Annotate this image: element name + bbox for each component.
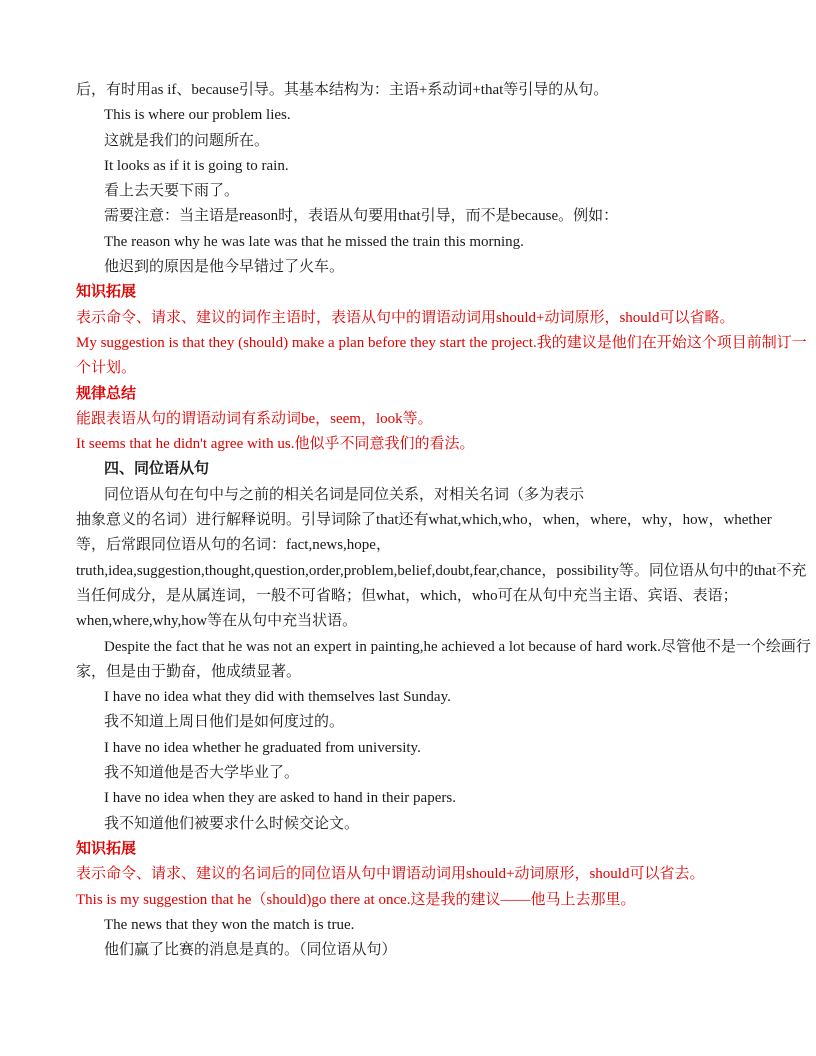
- text-line: This is where our problem lies.: [76, 103, 740, 128]
- text-line: The reason why he was late was that he m…: [76, 230, 740, 255]
- knowledge-expansion-heading-2: 知识拓展: [76, 837, 740, 862]
- text-line: 他迟到的原因是他今早错过了火车。: [76, 255, 740, 280]
- section-four-heading: 四、同位语从句: [76, 457, 740, 482]
- text-line: 看上去天要下雨了。: [76, 179, 740, 204]
- text-line: Despite the fact that he was not an expe…: [76, 635, 740, 660]
- text-line: It seems that he didn't agree with us.他似…: [76, 432, 740, 457]
- rule-summary-heading: 规律总结: [76, 382, 740, 407]
- text-line: My suggestion is that they (should) make…: [76, 331, 740, 356]
- document-body: 后，有时用as if、because引导。其基本结构为：主语+系动词+that等…: [76, 78, 740, 963]
- text-line: 当任何成分，是从属连词，一般不可省略；但what，which，who可在从句中充…: [76, 584, 740, 609]
- text-line: 家，但是由于勤奋，他成绩显著。: [76, 660, 740, 685]
- text-line: 抽象意义的名词）进行解释说明。引导词除了that还有what,which,who…: [76, 508, 740, 533]
- text-line: 他们赢了比赛的消息是真的。（同位语从句）: [76, 938, 740, 963]
- text-line: 后，有时用as if、because引导。其基本结构为：主语+系动词+that等…: [76, 78, 740, 103]
- text-line: 表示命令、请求、建议的名词后的同位语从句中谓语动词用should+动词原形，sh…: [76, 862, 740, 887]
- text-line: truth,idea,suggestion,thought,question,o…: [76, 559, 740, 584]
- knowledge-expansion-heading: 知识拓展: [76, 280, 740, 305]
- text-line: I have no idea when they are asked to ha…: [76, 786, 740, 811]
- text-line: 个计划。: [76, 356, 740, 381]
- text-line: 同位语从句在句中与之前的相关名词是同位关系，对相关名词（多为表示: [76, 483, 740, 508]
- text-line: I have no idea whether he graduated from…: [76, 736, 740, 761]
- text-line: 能跟表语从句的谓语动词有系动词be，seem，look等。: [76, 407, 740, 432]
- text-line: 等，后常跟同位语从句的名词：fact,news,hope，: [76, 533, 740, 558]
- text-line: 我不知道上周日他们是如何度过的。: [76, 710, 740, 735]
- text-line: It looks as if it is going to rain.: [76, 154, 740, 179]
- text-line: This is my suggestion that he（should)go …: [76, 888, 740, 913]
- text-line: 这就是我们的问题所在。: [76, 129, 740, 154]
- text-line: when,where,why,how等在从句中充当状语。: [76, 609, 740, 634]
- text-line: 表示命令、请求、建议的词作主语时，表语从句中的谓语动词用should+动词原形，…: [76, 306, 740, 331]
- document-page: 后，有时用as if、because引导。其基本结构为：主语+系动词+that等…: [0, 0, 816, 1056]
- text-line: 我不知道他们被要求什么时候交论文。: [76, 812, 740, 837]
- text-line: I have no idea what they did with themse…: [76, 685, 740, 710]
- text-line: 需要注意：当主语是reason时，表语从句要用that引导，而不是because…: [76, 204, 740, 229]
- text-line: 我不知道他是否大学毕业了。: [76, 761, 740, 786]
- text-line: The news that they won the match is true…: [76, 913, 740, 938]
